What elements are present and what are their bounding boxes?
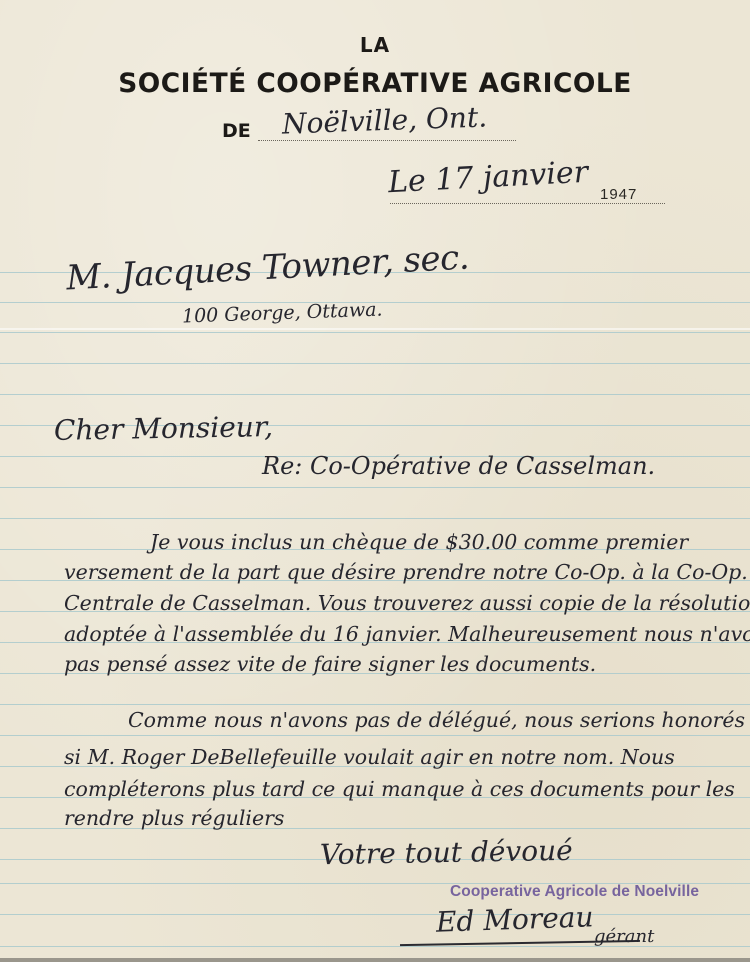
salutation: Cher Monsieur, bbox=[54, 410, 274, 447]
body-line: Centrale de Casselman. Vous trouverez au… bbox=[64, 591, 750, 615]
body-line: si M. Roger DeBellefeuille voulait agir … bbox=[64, 745, 675, 769]
body-line: Comme nous n'avons pas de délégué, nous … bbox=[128, 708, 745, 732]
letterhead-la: LA bbox=[0, 33, 750, 57]
letterhead-de-label: DE bbox=[222, 120, 251, 142]
place-dotted-line bbox=[258, 140, 516, 141]
body-line: rendre plus réguliers bbox=[64, 806, 284, 830]
signature: Ed Moreau bbox=[435, 900, 594, 938]
body-line: pas pensé assez vite de faire signer les… bbox=[64, 652, 596, 676]
ruled-line bbox=[0, 487, 750, 488]
letterhead-title: SOCIÉTÉ COOPÉRATIVE AGRICOLE bbox=[8, 68, 743, 99]
ruled-line bbox=[0, 518, 750, 519]
ruled-line bbox=[0, 704, 750, 705]
year-printed: 1947 bbox=[600, 186, 637, 203]
ruled-line bbox=[0, 394, 750, 395]
signer-title: gérant bbox=[594, 926, 654, 947]
paper-fold bbox=[0, 328, 750, 330]
body-line: compléterons plus tard ce qui manque à c… bbox=[64, 777, 735, 801]
body-line: Je vous inclus un chèque de $30.00 comme… bbox=[150, 530, 688, 554]
page-edge bbox=[0, 958, 750, 962]
ruled-line bbox=[0, 363, 750, 364]
body-line: versement de la part que désire prendre … bbox=[64, 560, 748, 584]
ruled-line bbox=[0, 332, 750, 333]
body-line: adoptée à l'assemblée du 16 janvier. Mal… bbox=[64, 622, 750, 646]
ruled-line bbox=[0, 735, 750, 736]
ruled-line bbox=[0, 914, 750, 915]
subject-line: Re: Co-Opérative de Casselman. bbox=[262, 452, 655, 480]
closing: Votre tout dévoué bbox=[320, 834, 573, 871]
organization-stamp: Cooperative Agricole de Noelville bbox=[450, 883, 699, 901]
date-dotted-line bbox=[390, 203, 665, 204]
